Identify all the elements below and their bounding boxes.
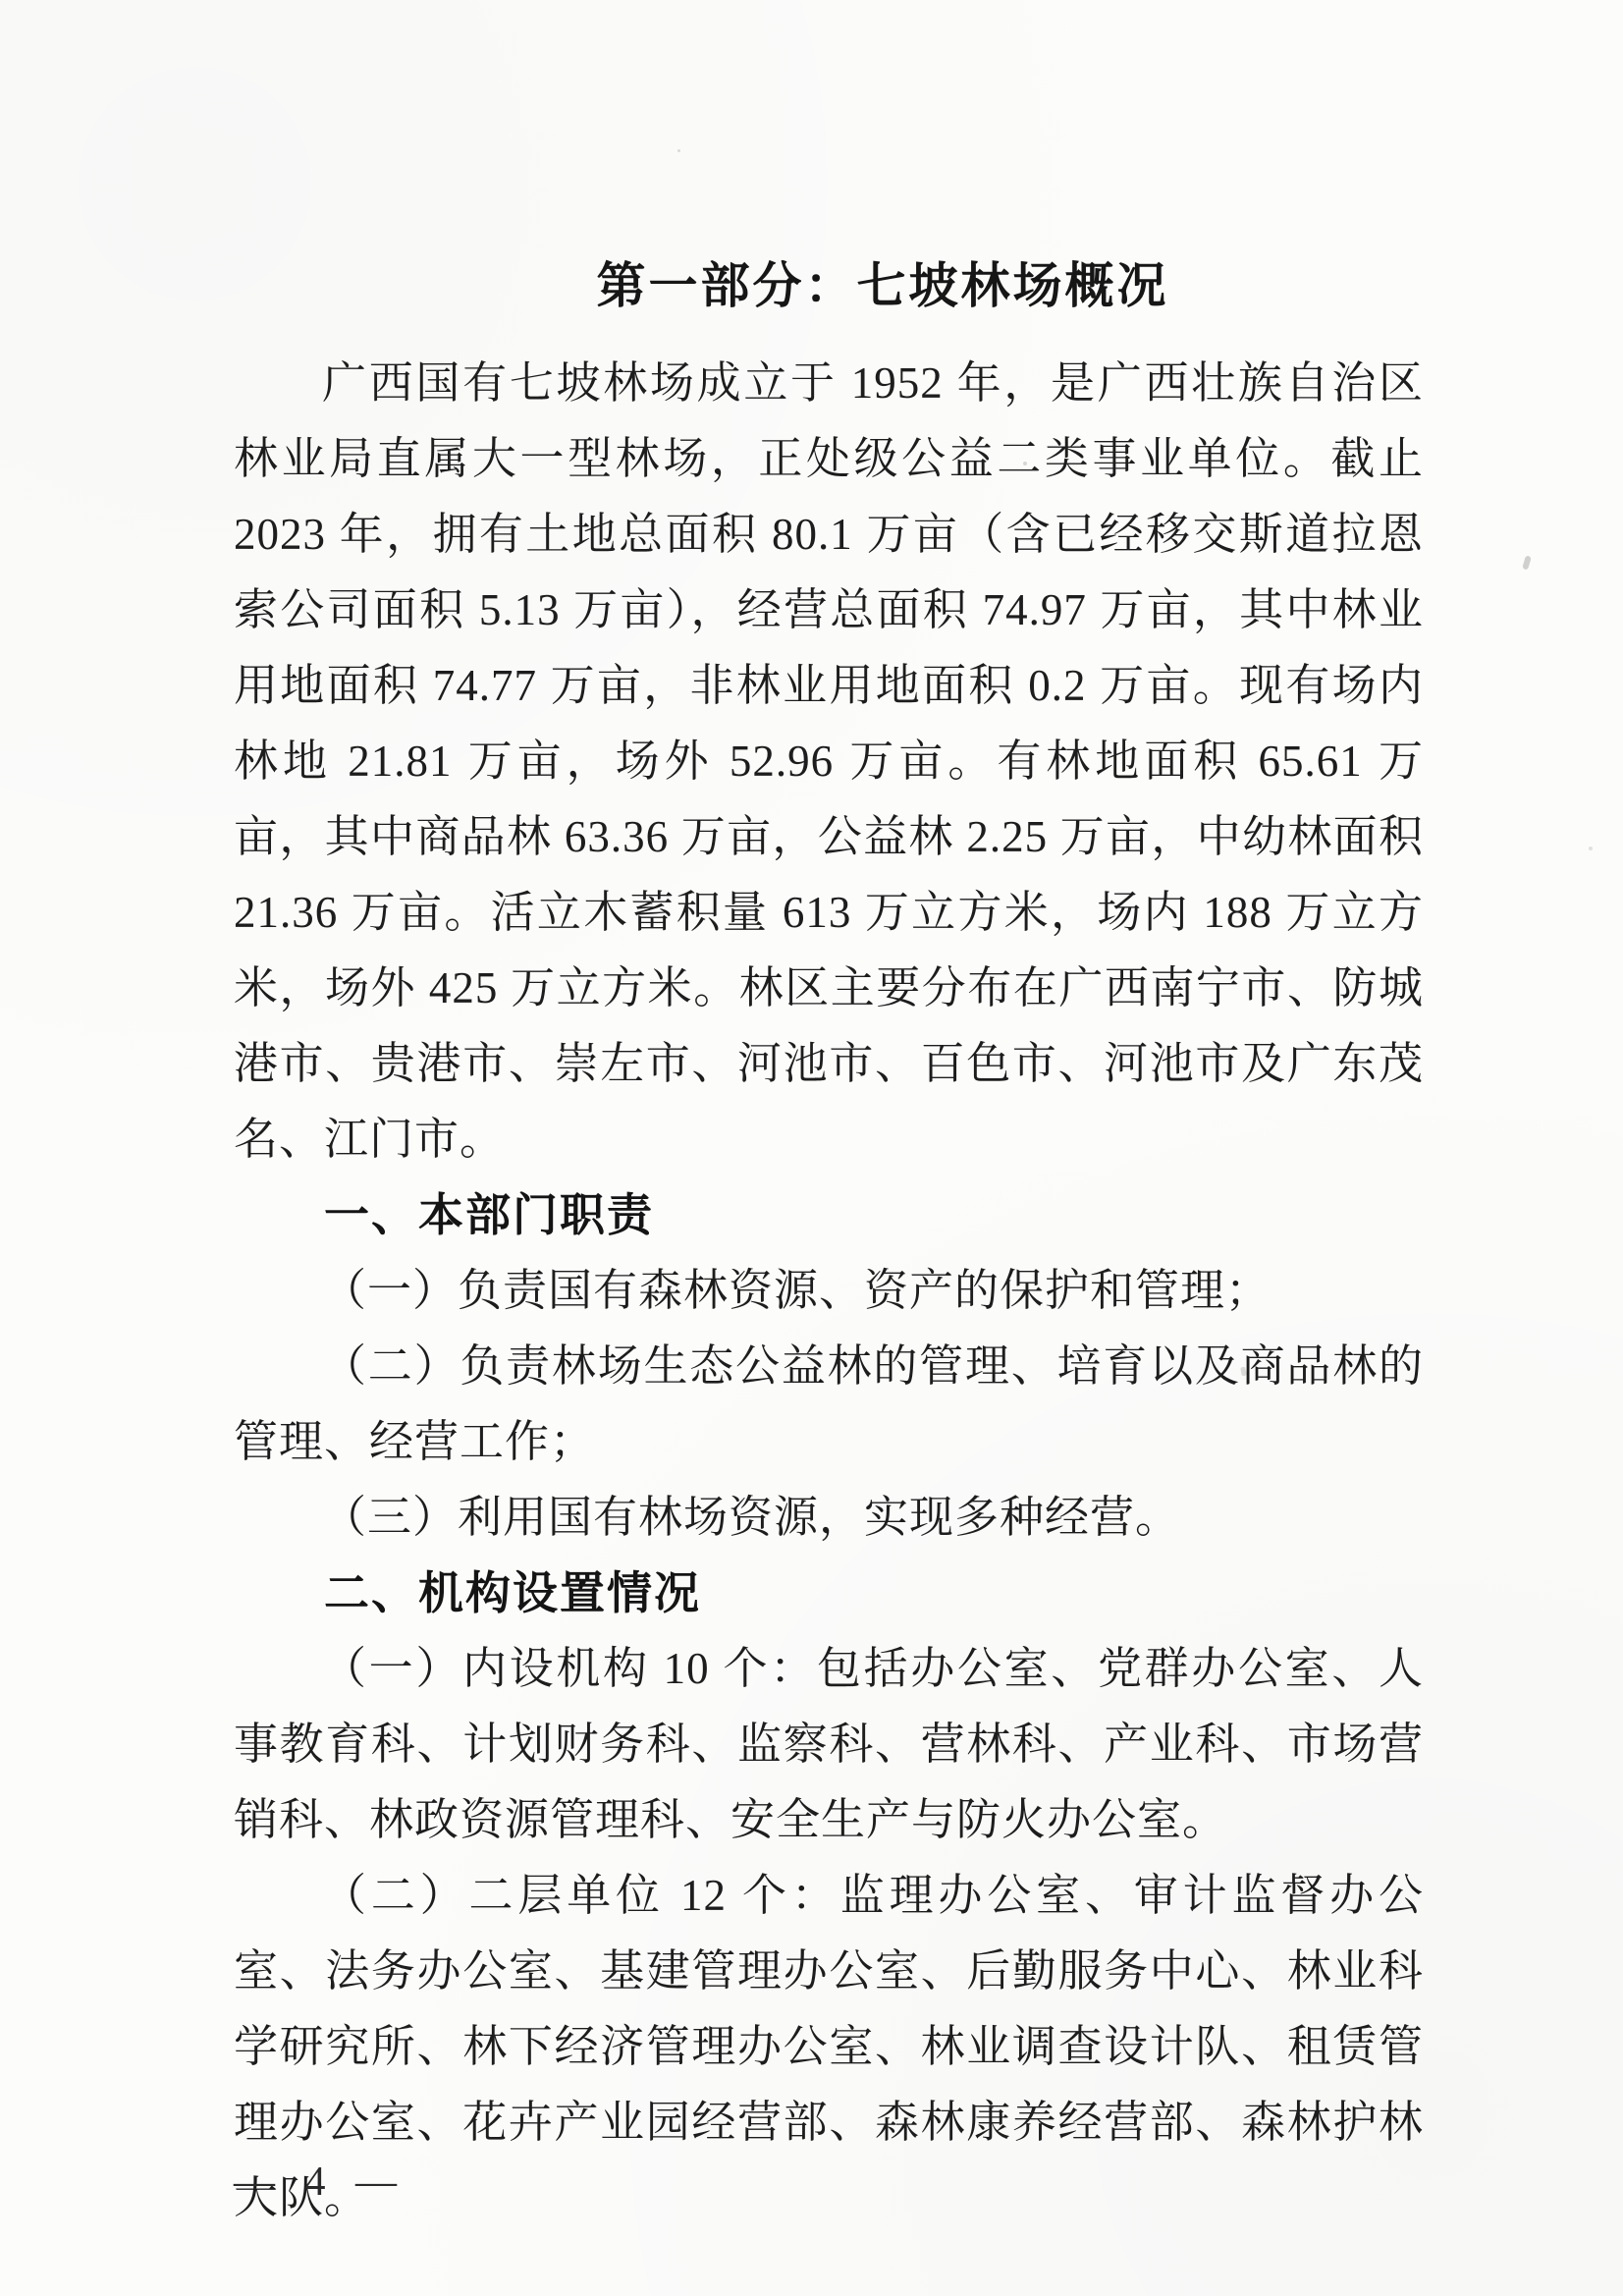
scan-speck bbox=[677, 149, 680, 152]
page-number: — 4 — bbox=[234, 2159, 406, 2206]
heading-organization-setup: 二、机构设置情况 bbox=[234, 1556, 1424, 1631]
duty-item-3: （三）利用国有林场资源，实现多种经营。 bbox=[234, 1480, 1424, 1556]
section-title: 第一部分：七坡林场概况 bbox=[234, 255, 1424, 316]
intro-paragraph: 广西国有七坡林场成立于 1952 年，是广西壮族自治区林业局直属大一型林场，正处… bbox=[234, 346, 1424, 1177]
org-internal-departments: （一）内设机构 10 个：包括办公室、党群办公室、人事教育科、计划财务科、监察科… bbox=[234, 1631, 1424, 1858]
duty-item-2: （二）负责林场生态公益林的管理、培育以及商品林的管理、经营工作； bbox=[234, 1329, 1424, 1480]
heading-department-duties: 一、本部门职责 bbox=[234, 1177, 1424, 1253]
document-body: 第一部分：七坡林场概况 广西国有七坡林场成立于 1952 年，是广西壮族自治区林… bbox=[234, 255, 1424, 2236]
scan-speck bbox=[1589, 847, 1593, 850]
scanned-document-page: 第一部分：七坡林场概况 广西国有七坡林场成立于 1952 年，是广西壮族自治区林… bbox=[0, 0, 1623, 2296]
duty-item-1: （一）负责国有森林资源、资产的保护和管理； bbox=[234, 1253, 1424, 1329]
scan-speck bbox=[1522, 555, 1532, 570]
org-second-level-units: （二）二层单位 12 个：监理办公室、审计监督办公室、法务办公室、基建管理办公室… bbox=[234, 1858, 1424, 2236]
